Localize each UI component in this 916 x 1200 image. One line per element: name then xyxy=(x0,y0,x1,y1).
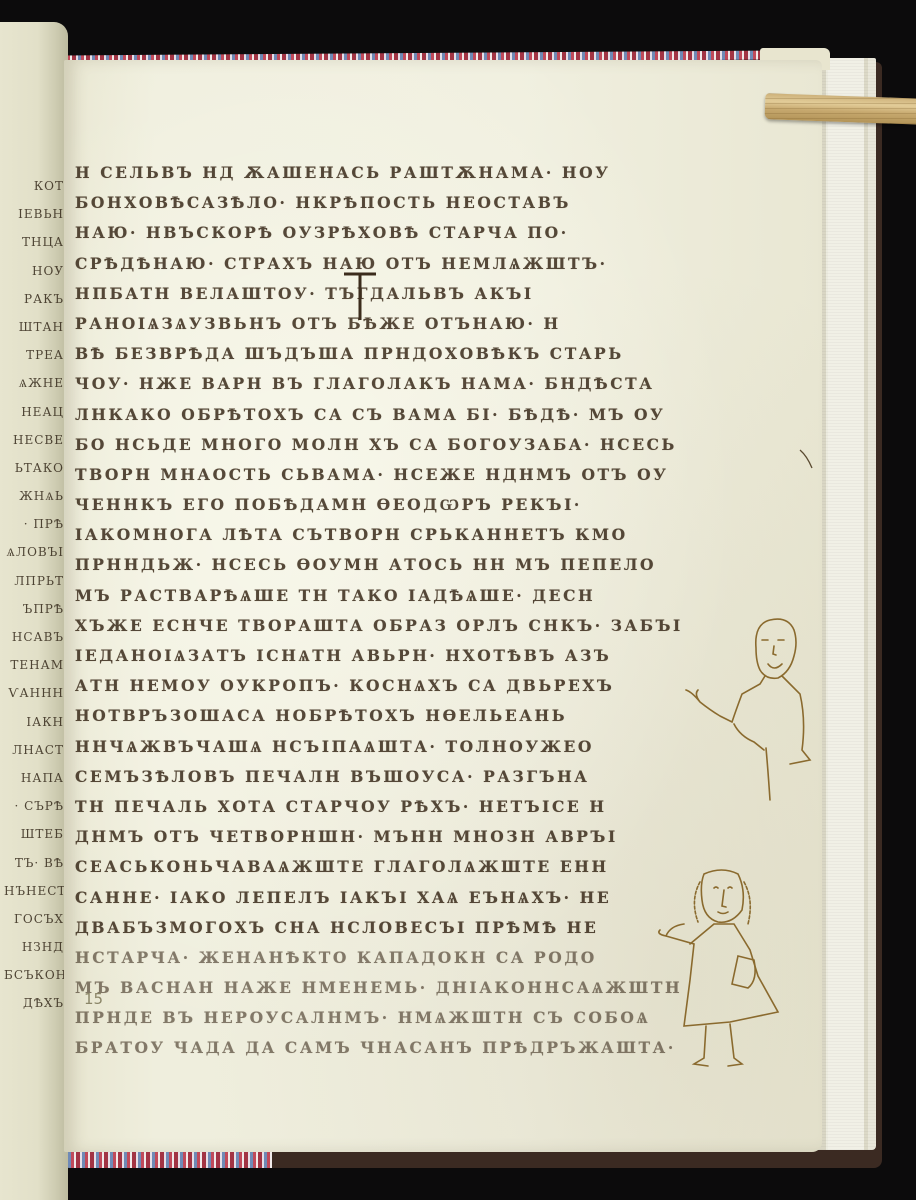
left-text-line: НСАВЪ xyxy=(4,623,64,651)
left-text-line: НЪНЕСТ xyxy=(4,877,64,905)
left-text-line: ѴАННН xyxy=(4,679,64,707)
text-line: ІАКОМНОГА ЛѢТА СЪТВОРН СРЬКАННЕТЪ КМО xyxy=(75,520,645,550)
left-text-line: НЕСВЕ xyxy=(4,426,64,454)
left-text-line: ТРЕА xyxy=(4,341,64,369)
text-line: ТН ПЕЧАЛЬ ХОТА СТАРЧОУ РѢХЪ· НЕТЪІСЕ Н xyxy=(75,792,645,822)
left-text-line: ГОСЪХ xyxy=(4,905,64,933)
text-line: НАЮ· НВЪСКОРѢ ОУЗРѢХОВѢ СТАРЧА ПО· xyxy=(75,218,645,248)
text-line: ННЧѦЖВЪЧАШѦ НСЪІПАѦШТА· ТОЛНОУЖЕО xyxy=(75,732,645,762)
left-text-line: ІЕВЬН xyxy=(4,200,64,228)
text-line: ТВОРН МНАОСТЬ СЬВАМА· НСЕЖЕ НДНМЪ ОТЪ ОУ xyxy=(75,460,645,490)
page-edges-stack xyxy=(818,58,876,1150)
sketch-bearded-man xyxy=(670,610,820,810)
margin-mark xyxy=(798,448,816,472)
left-text-line: ТНЦА xyxy=(4,228,64,256)
decorated-initial xyxy=(340,268,380,326)
headband-bottom xyxy=(62,1150,272,1168)
text-line: БО НСЬДЕ МНОГО МОЛН ХЪ СА БОГОУЗАБА· НСЕ… xyxy=(75,430,645,460)
folio-number: 15 xyxy=(84,990,103,1008)
left-text-line: ШТЕБ xyxy=(4,820,64,848)
text-line: САННЕ· ІАКО ЛЕПЕЛЪ ІАКЪІ ХАѦ ЕЪНѦХЪ· НЕ xyxy=(75,883,645,913)
left-text-line: ІАКН xyxy=(4,708,64,736)
left-page-fragment: КОТ ІЕВЬН ТНЦА НОУ РАКЪ ШТАН ТРЕА ѦЖНЕ Н… xyxy=(0,22,68,1200)
text-line: ЧОУ· НЖЕ ВАРН ВЪ ГЛАГОЛАКЪ НАМА· БНДѢСТА xyxy=(75,369,645,399)
text-line: БОНХОВѢСАЗѢЛО· НКРѢПОСТЬ НЕОСТАВЪ xyxy=(75,188,645,218)
left-text-line: БСЪКОН xyxy=(4,961,64,989)
text-line: ЧЕННКЪ ЕГО ПОБѢДАМН ѲЕОДѠРЪ РЕКЪІ· xyxy=(75,490,645,520)
text-line: ІЕДАНОІѦЗАТЪ ІСНѦТН АВЬРН· НХОТѢВЪ АЗЪ xyxy=(75,641,645,671)
text-line: ПРННДЬЖ· НСЕСЬ ѲОУМН АТОСЬ НН МЪ ПЕПЕЛО xyxy=(75,550,645,580)
text-line: ХЪЖЕ ЕСНЧЕ ТВОРАШТА ОБРАЗ ОРЛЪ СНКЪ· ЗАБ… xyxy=(75,611,645,641)
left-text-line: НЗНД xyxy=(4,933,64,961)
left-text-line: КОТ xyxy=(4,172,64,200)
left-text-line: ТЪ· ВѢ xyxy=(4,849,64,877)
left-text-line: ѦЖНЕ xyxy=(4,369,64,397)
text-line: ДВАБЪЗМОГОХЪ СНА НСЛОВЕСЪІ ПРѢМѢ НЕ xyxy=(75,913,645,943)
left-text-line: · ПРѢ xyxy=(4,510,64,538)
left-text-line: ЖНѦЬ xyxy=(4,482,64,510)
left-text-line: НАПА xyxy=(4,764,64,792)
text-line: МЪ ВАСНАН НАЖЕ НМЕНЕМЬ· ДНІАКОННСАѦЖШТН xyxy=(75,973,645,1003)
text-line: МЪ РАСТВАРѢѦШЕ ТН ТАКО ІАДѢѦШЕ· ДЕСН xyxy=(75,581,645,611)
text-line: ЛНКАКО ОБРѢТОХЪ СА СЪ ВАМА БІ· БѢДѢ· МЪ … xyxy=(75,400,645,430)
text-line: ВѢ БЕЗВРѢДА ШЪДЪША ПРНДОХОВѢКЪ СТАРЬ xyxy=(75,339,645,369)
left-text-line: ЪПРѢ xyxy=(4,595,64,623)
text-line: БРАТОУ ЧАДА ДА САМЪ ЧНАСАНЪ ПРѢДРЪЖАШТА· xyxy=(75,1033,645,1063)
text-line: СЕАСЬКОНЬЧАВАѦЖШТЕ ГЛАГОЛѦЖШТЕ ЕНН xyxy=(75,852,645,882)
left-text-line: НЕАЦ xyxy=(4,398,64,426)
left-text-line: ТЕНАМ xyxy=(4,651,64,679)
text-line: АТН НЕМОУ ОУКРОПЪ· КОСНѦХЪ СА ДВЬРЕХЪ xyxy=(75,671,645,701)
left-page-text-column: КОТ ІЕВЬН ТНЦА НОУ РАКЪ ШТАН ТРЕА ѦЖНЕ Н… xyxy=(4,172,64,1018)
manuscript-photo: КОТ ІЕВЬН ТНЦА НОУ РАКЪ ШТАН ТРЕА ѦЖНЕ Н… xyxy=(0,0,916,1200)
text-line: Н СЕЛЬВЪ НД ѪАШЕНАСЬ РАШТѪНАМА· НОУ xyxy=(75,158,645,188)
left-text-line: НОУ xyxy=(4,257,64,285)
text-line: ДНМЪ ОТЪ ЧЕТВОРНШН· МЪНН МНОЗН АВРЪІ xyxy=(75,822,645,852)
text-line: НСТАРЧА· ЖЕНАНѢКТО КАПАДОКН СА РОДО xyxy=(75,943,645,973)
left-text-line: ѦЛОВЪІ xyxy=(4,538,64,566)
left-text-line: РАКЪ xyxy=(4,285,64,313)
sketch-standing-figure xyxy=(650,860,790,1070)
left-text-line: ДѢХЪ xyxy=(4,989,64,1017)
left-text-line: ЬТАКО xyxy=(4,454,64,482)
left-text-line: · СЪРѢ xyxy=(4,792,64,820)
text-line: ПРНДЕ ВЪ НЕРОУСАЛНМЪ· НМѦЖШТН СЪ СОБОѦ xyxy=(75,1003,645,1033)
left-text-line: ШТАН xyxy=(4,313,64,341)
text-line: НОТВРЪЗОШАСА НОБРѢТОХЪ НѲЕЛЬЕАНЬ xyxy=(75,701,645,731)
left-text-line: ЛПРЬТ xyxy=(4,567,64,595)
text-line: СЕМЪЗѢЛОВЪ ПЕЧАЛН ВЪШОУСА· РАЗГЪНА xyxy=(75,762,645,792)
left-text-line: ЛНАСТ xyxy=(4,736,64,764)
